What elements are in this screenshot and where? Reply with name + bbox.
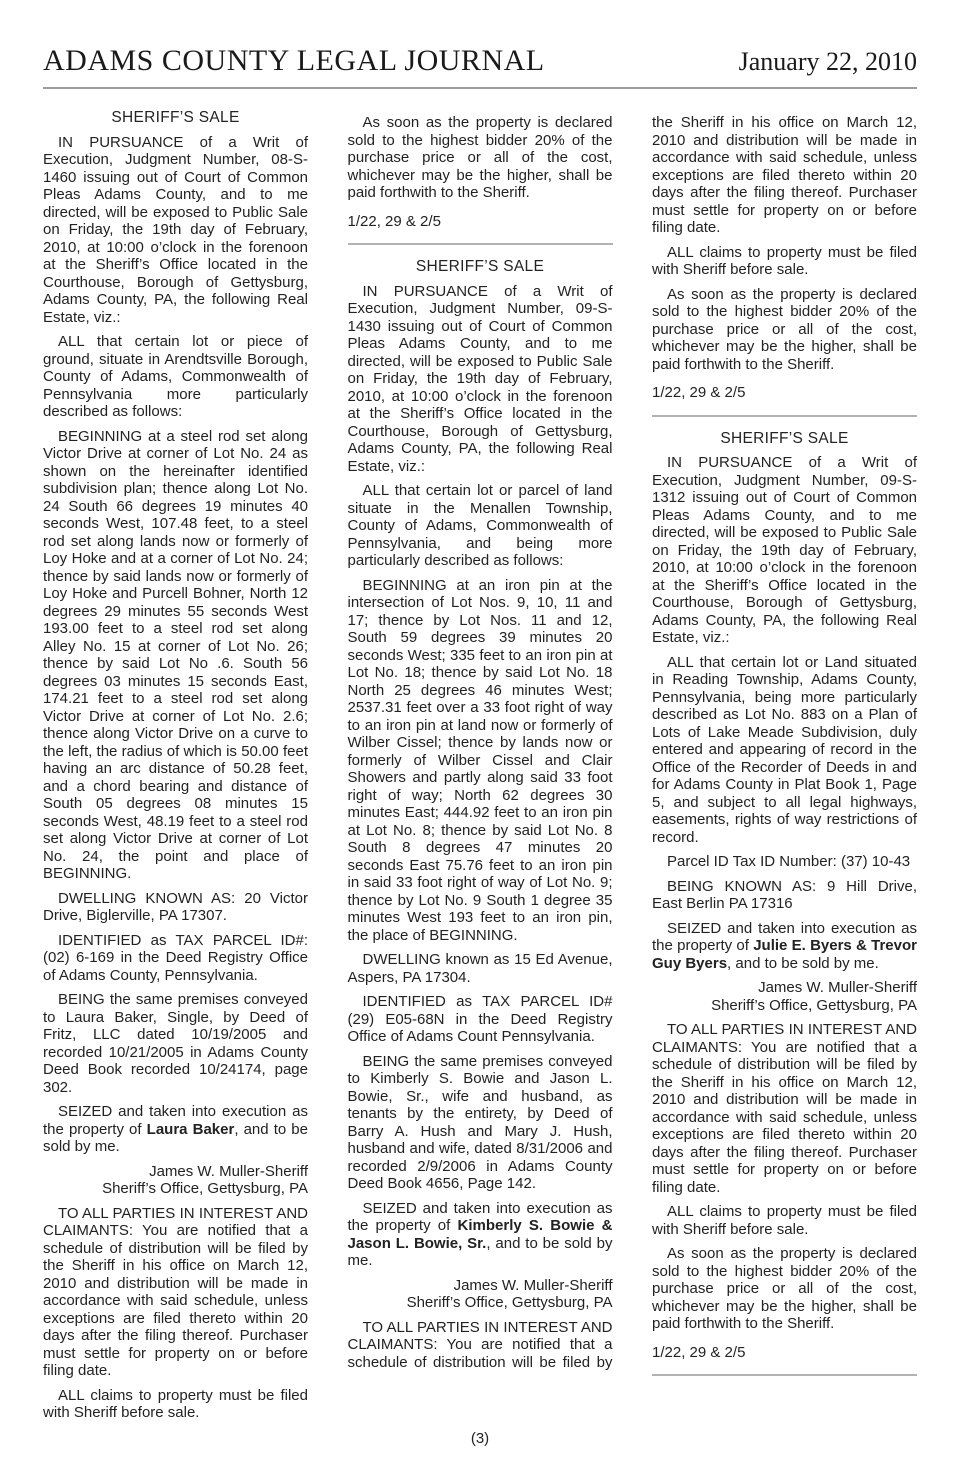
notice-paragraph: BEGINNING at a steel rod set along Victo… xyxy=(43,428,308,883)
notice-paragraph: ALL that certain lot or parcel of land s… xyxy=(348,482,613,570)
notice-paragraph: SEIZED and taken into execution as the p… xyxy=(652,920,917,973)
notice-paragraph: Parcel ID Tax ID Number: (37) 10-43 xyxy=(652,853,917,871)
notice-paragraph: BEING the same premises conveyed to Laur… xyxy=(43,991,308,1096)
notice-paragraph: BEING KNOWN AS: 9 Hill Drive, East Berli… xyxy=(652,878,917,913)
notice-paragraph: IDENTIFIED as TAX PARCEL ID#: (02) 6-169… xyxy=(43,932,308,985)
header-rule xyxy=(43,87,917,89)
notice-paragraph: BEGINNING at an iron pin at the intersec… xyxy=(348,577,613,945)
signature-line: James W. Muller-Sheriff xyxy=(348,1277,613,1295)
signature-line: Sheriff’s Office, Gettysburg, PA xyxy=(43,1180,308,1198)
notice-paragraph: As soon as the property is declared sold… xyxy=(652,1245,917,1333)
journal-header: ADAMS COUNTY LEGAL JOURNAL January 22, 2… xyxy=(43,44,917,78)
notice-heading: SHERIFF’S SALE xyxy=(652,430,917,448)
notice-paragraph: IN PURSUANCE of a Writ of Execution, Jud… xyxy=(43,134,308,327)
column-1: SHERIFF’S SALEIN PURSUANCE of a Writ of … xyxy=(43,107,308,1422)
notice-paragraph: DWELLING KNOWN AS: 20 Victor Drive, Bigl… xyxy=(43,890,308,925)
notice-paragraph: DWELLING known as 15 Ed Avenue, Aspers, … xyxy=(348,951,613,986)
notice-paragraph: ALL claims to property must be filed wit… xyxy=(652,244,917,279)
page-number: (3) xyxy=(0,1430,960,1447)
notice-paragraph: As soon as the property is declared sold… xyxy=(652,286,917,374)
notice-paragraph: the Sheriff in his office on March 12, 2… xyxy=(652,114,917,237)
notice-paragraph: ALL claims to property must be filed wit… xyxy=(43,1387,308,1422)
issue-date: January 22, 2010 xyxy=(739,47,917,77)
notice-paragraph: IDENTIFIED as TAX PARCEL ID# (29) E05-68… xyxy=(348,993,613,1046)
journal-title: ADAMS COUNTY LEGAL JOURNAL xyxy=(43,44,545,78)
notice-paragraph: TO ALL PARTIES IN INTEREST AND CLAIMANTS… xyxy=(348,1319,613,1372)
notice-heading: SHERIFF’S SALE xyxy=(348,258,613,276)
publication-dates: 1/22, 29 & 2/5 xyxy=(652,1344,917,1362)
notice-paragraph: IN PURSUANCE of a Writ of Execution, Jud… xyxy=(348,283,613,476)
notice-paragraph: BEING the same premises conveyed to Kimb… xyxy=(348,1053,613,1193)
notice-columns: SHERIFF’S SALEIN PURSUANCE of a Writ of … xyxy=(43,107,917,1422)
notice-paragraph: As soon as the property is declared sold… xyxy=(348,114,613,202)
notice-divider xyxy=(652,415,917,417)
signature-line: Sheriff’s Office, Gettysburg, PA xyxy=(348,1294,613,1312)
notice-paragraph: SEIZED and taken into execution as the p… xyxy=(348,1200,613,1270)
notice-divider xyxy=(348,243,613,245)
column-2: As soon as the property is declared sold… xyxy=(348,107,613,1422)
notice-divider xyxy=(652,1374,917,1376)
signature-line: Sheriff’s Office, Gettysburg, PA xyxy=(652,997,917,1015)
signature-line: James W. Muller-Sheriff xyxy=(652,979,917,997)
notice-paragraph: TO ALL PARTIES IN INTEREST AND CLAIMANTS… xyxy=(43,1205,308,1380)
notice-paragraph: ALL that certain lot or piece of ground,… xyxy=(43,333,308,421)
notice-paragraph: IN PURSUANCE of a Writ of Execution, Jud… xyxy=(652,454,917,647)
publication-dates: 1/22, 29 & 2/5 xyxy=(348,213,613,231)
notice-paragraph: ALL that certain lot or Land situated in… xyxy=(652,654,917,847)
notice-heading: SHERIFF’S SALE xyxy=(43,109,308,127)
notice-paragraph: SEIZED and taken into execution as the p… xyxy=(43,1103,308,1156)
notice-paragraph: ALL claims to property must be filed wit… xyxy=(652,1203,917,1238)
column-3: the Sheriff in his office on March 12, 2… xyxy=(652,107,917,1422)
publication-dates: 1/22, 29 & 2/5 xyxy=(652,384,917,402)
signature-line: James W. Muller-Sheriff xyxy=(43,1163,308,1181)
notice-paragraph: TO ALL PARTIES IN INTEREST AND CLAIMANTS… xyxy=(652,1021,917,1196)
